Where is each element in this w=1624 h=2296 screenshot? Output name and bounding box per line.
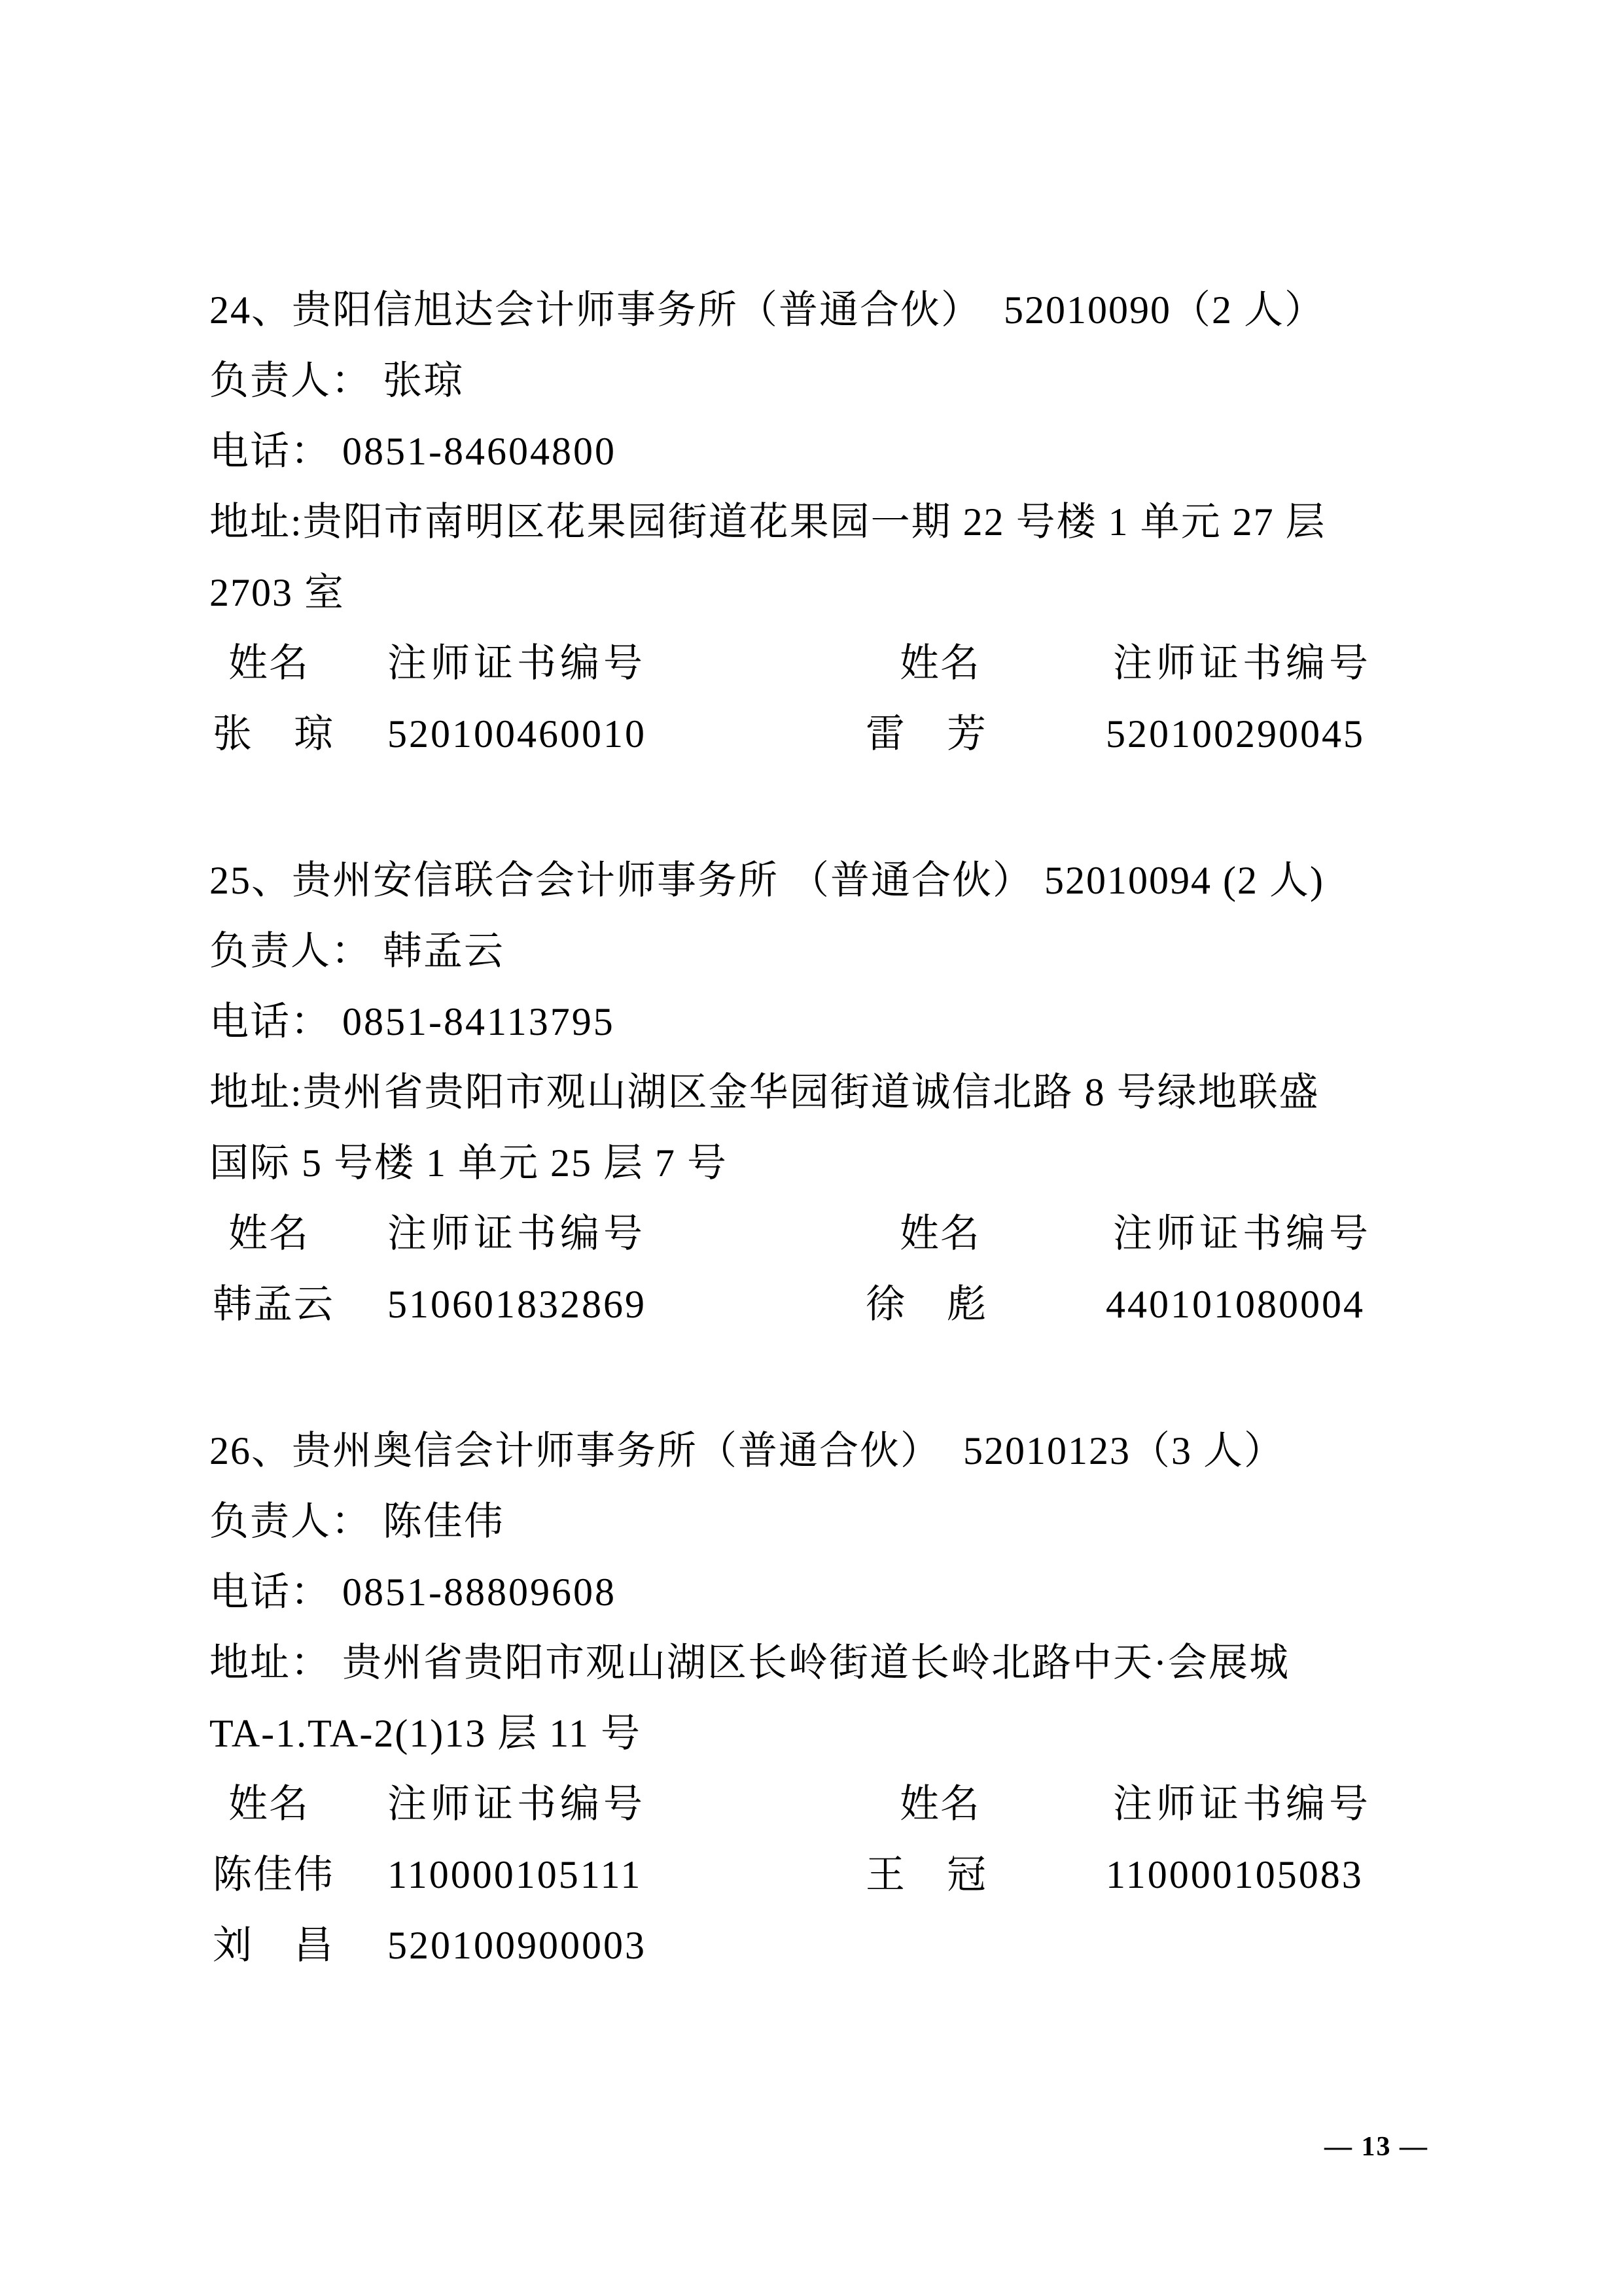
address-line-2: 2703 室	[209, 557, 1426, 628]
member-row: 张 琼 520100460010 雷 芳 520100290045	[209, 699, 1426, 769]
section-gap	[209, 769, 1426, 845]
member-name-right: 雷 芳	[866, 699, 987, 769]
member-cert-left: 520100900003	[387, 1910, 646, 1981]
leader-line: 负责人： 张琼	[209, 345, 1426, 416]
phone-label: 电话：	[209, 1571, 342, 1614]
leader-line: 负责人： 韩孟云	[209, 916, 1426, 986]
name-header-right: 姓名	[900, 1198, 981, 1269]
member-cert-left: 510601832869	[387, 1269, 646, 1340]
member-name-left: 韩孟云	[213, 1269, 334, 1340]
member-row: 陈佳伟 110000105111 王 冠 110000105083	[209, 1839, 1426, 1910]
member-name-left: 张 琼	[213, 699, 334, 769]
section-gap	[209, 1340, 1426, 1416]
member-table-header: 姓名 注师证书编号 姓名 注师证书编号	[209, 628, 1426, 699]
leader-name: 陈佳伟	[383, 1500, 504, 1543]
leader-name: 张琼	[383, 359, 464, 402]
member-name-left: 刘 昌	[213, 1910, 334, 1981]
address-line-1: 地址： 贵州省贵阳市观山湖区长岭街道长岭北路中天·会展城	[209, 1627, 1426, 1698]
member-cert-right: 520100290045	[1106, 699, 1365, 769]
name-header-left: 姓名	[228, 628, 309, 699]
leader-line: 负责人： 陈佳伟	[209, 1486, 1426, 1557]
member-cert-left: 110000105111	[387, 1839, 642, 1910]
cert-header-right: 注师证书编号	[1113, 1198, 1372, 1269]
leader-label: 负责人：	[209, 1500, 383, 1543]
page-number: — 13 —	[1324, 2127, 1428, 2166]
address-line-1: 地址:贵阳市南明区花果园街道花果园一期 22 号楼 1 单元 27 层	[209, 487, 1426, 557]
member-table-header: 姓名 注师证书编号 姓名 注师证书编号	[209, 1769, 1426, 1839]
cert-header-left: 注师证书编号	[387, 628, 646, 699]
member-name-left: 陈佳伟	[213, 1839, 334, 1910]
firm-section-24: 24、贵阳信旭达会计师事务所（普通合伙） 52010090（2 人） 负责人： …	[209, 275, 1426, 845]
firm-title: 24、贵阳信旭达会计师事务所（普通合伙） 52010090（2 人）	[209, 275, 1426, 345]
address-line-2: 国际 5 号楼 1 单元 25 层 7 号	[209, 1128, 1426, 1198]
document-body: 24、贵阳信旭达会计师事务所（普通合伙） 52010090（2 人） 负责人： …	[209, 275, 1426, 1981]
leader-label: 负责人：	[209, 359, 383, 402]
address-line-2: TA-1.TA-2(1)13 层 11 号	[209, 1698, 1426, 1769]
phone-line: 电话： 0851-84113795	[209, 986, 1426, 1057]
name-header-left: 姓名	[228, 1769, 309, 1839]
member-cert-left: 520100460010	[387, 699, 646, 769]
cert-header-left: 注师证书编号	[387, 1769, 646, 1839]
name-header-right: 姓名	[900, 1769, 981, 1839]
cert-header-right: 注师证书编号	[1113, 1769, 1372, 1839]
phone-label: 电话：	[209, 1000, 342, 1043]
firm-title: 25、贵州安信联合会计师事务所 （普通合伙） 52010094 (2 人)	[209, 845, 1426, 916]
address-line-1: 地址:贵州省贵阳市观山湖区金华园街道诚信北路 8 号绿地联盛	[209, 1057, 1426, 1128]
leader-name: 韩孟云	[383, 930, 504, 973]
firm-section-26: 26、贵州奥信会计师事务所（普通合伙） 52010123（3 人） 负责人： 陈…	[209, 1416, 1426, 1981]
cert-header-right: 注师证书编号	[1113, 628, 1372, 699]
phone-line: 电话： 0851-88809608	[209, 1557, 1426, 1627]
document-page: 24、贵阳信旭达会计师事务所（普通合伙） 52010090（2 人） 负责人： …	[0, 0, 1624, 2296]
firm-section-25: 25、贵州安信联合会计师事务所 （普通合伙） 52010094 (2 人) 负责…	[209, 845, 1426, 1416]
member-cert-right: 110000105083	[1106, 1839, 1364, 1910]
phone-label: 电话：	[209, 430, 342, 473]
member-row: 刘 昌 520100900003	[209, 1910, 1426, 1981]
leader-label: 负责人：	[209, 930, 383, 973]
member-name-right: 王 冠	[866, 1839, 987, 1910]
phone-number: 0851-84113795	[342, 1000, 615, 1043]
member-row: 韩孟云 510601832869 徐 彪 440101080004	[209, 1269, 1426, 1340]
name-header-left: 姓名	[228, 1198, 309, 1269]
member-cert-right: 440101080004	[1106, 1269, 1365, 1340]
firm-title: 26、贵州奥信会计师事务所（普通合伙） 52010123（3 人）	[209, 1416, 1426, 1486]
member-name-right: 徐 彪	[866, 1269, 987, 1340]
name-header-right: 姓名	[900, 628, 981, 699]
member-table-header: 姓名 注师证书编号 姓名 注师证书编号	[209, 1198, 1426, 1269]
phone-number: 0851-84604800	[342, 430, 616, 473]
cert-header-left: 注师证书编号	[387, 1198, 646, 1269]
phone-line: 电话： 0851-84604800	[209, 416, 1426, 487]
phone-number: 0851-88809608	[342, 1571, 616, 1614]
